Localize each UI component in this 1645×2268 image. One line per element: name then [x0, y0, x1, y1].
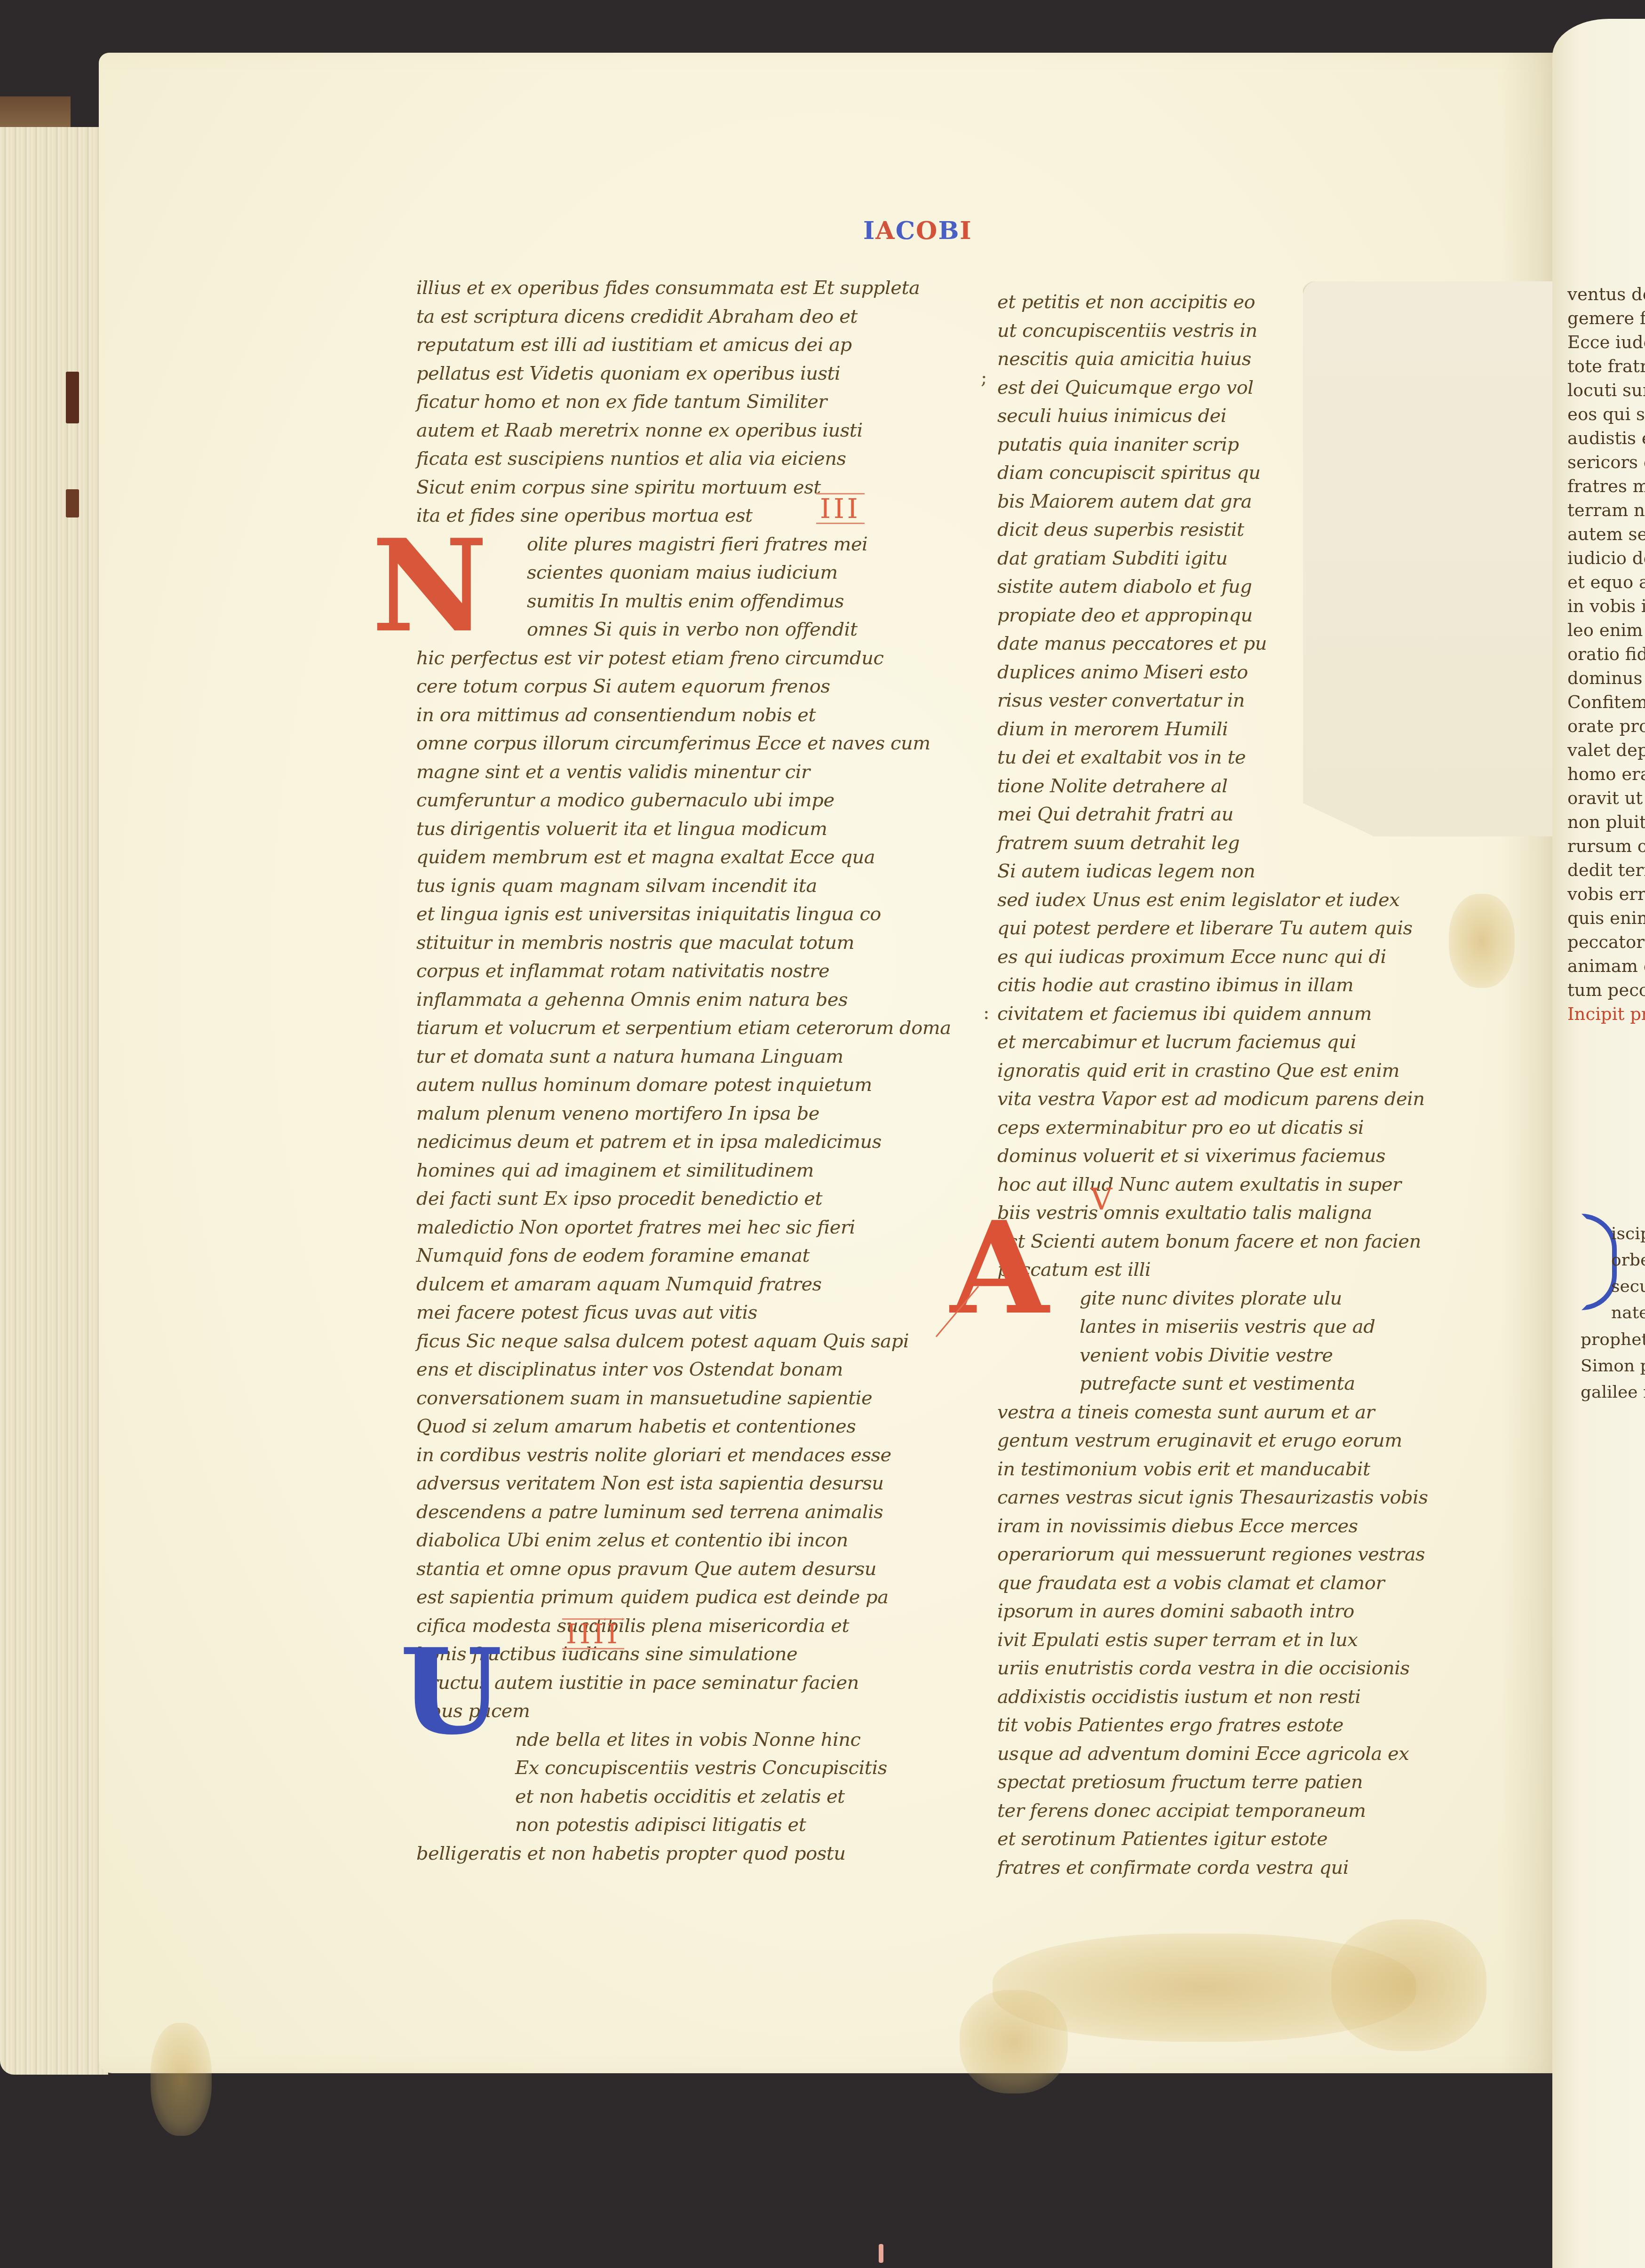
manuscript-photograph: IACOBI illius et ex operibus fides consu… [0, 0, 1645, 2268]
text-line: gentum vestrum eruginavit et erugo eorum [997, 1426, 1458, 1455]
text-line: diabolica Ubi enim zelus et contentio ib… [416, 1526, 929, 1555]
text-line: locuti sunt in nom [1567, 378, 1645, 402]
text-line: et serotinum Patientes igitur estote [997, 1825, 1458, 1854]
decorated-initial-n: N [372, 522, 488, 649]
chapter-number: IIII [562, 1618, 624, 1649]
text-line: fratres et confirmate corda vestra qui [997, 1854, 1458, 1882]
text-line: spectat pretiosum fructum terre patien [997, 1768, 1458, 1797]
text-line: in vobis induat pre [1567, 594, 1645, 618]
text-line: dominus et si in [1567, 666, 1645, 690]
text-line: non potestis adipisci litigatis et [416, 1811, 929, 1839]
text-line: illius et ex operibus fides consummata e… [416, 274, 929, 302]
text-line: Numquid fons de eodem foramine emanat [416, 1241, 929, 1270]
text-line: sericors est et miser [1567, 450, 1645, 474]
text-line: vestra a tineis comesta sunt aurum et ar [997, 1398, 1458, 1427]
margin-mark: ; [981, 367, 987, 389]
text-line: putrefacte sunt et vestimenta [997, 1369, 1458, 1398]
text-line: autem sermo vester e [1567, 522, 1645, 546]
header-letter: O [916, 216, 938, 245]
text-line: homo erat similis v [1567, 762, 1645, 786]
text-line: ceps exterminabitur pro eo ut dicatis si [997, 1114, 1458, 1142]
text-line: galilee ma [1581, 1379, 1645, 1406]
text-line: tus dirigentis voluerit ita et lingua mo… [416, 815, 929, 844]
text-line: dei facti sunt Ex ipso procedit benedict… [416, 1185, 929, 1213]
text-line: Quod si zelum amarum habetis et contenti… [416, 1412, 929, 1441]
text-line: vita vestra Vapor est ad modicum parens … [997, 1085, 1458, 1114]
text-line: scientes quoniam maius iudicium [416, 558, 929, 587]
adjacent-leaf-text: iscipulus orbe dif seculo d nate per [1611, 1221, 1645, 1326]
text-line: hic perfectus est vir potest etiam freno… [416, 644, 929, 673]
text-line: maledictio Non oportet fratres mei hec s… [416, 1213, 929, 1242]
text-line: usque ad adventum domini Ecce agricola e… [997, 1740, 1458, 1768]
text-line: seculo d [1611, 1273, 1645, 1300]
text-line: tur et domata sunt a natura humana Lingu… [416, 1042, 929, 1071]
text-line: conversationem suam in mansuetudine sapi… [416, 1384, 929, 1413]
text-line: civitatem et faciemus ibi quidem annum [997, 1000, 1458, 1028]
text-line: gite nunc divites plorate ulu [997, 1284, 1458, 1313]
text-line: et mercabimur et lucrum faciemus qui [997, 1028, 1458, 1057]
text-line: oravit ut non p [1567, 786, 1645, 810]
text-line: inflammata a gehenna Omnis enim natura b… [416, 986, 929, 1014]
text-line: quis enim scire [1567, 906, 1645, 930]
text-line: rursum oravit et [1567, 834, 1645, 858]
chapter-number: III [816, 493, 865, 524]
text-line: hoc aut illud Nunc autem exultatis in su… [997, 1170, 1458, 1199]
text-line: omne corpus illorum circumferimus Ecce e… [416, 729, 929, 758]
header-letter: A [875, 216, 895, 245]
header-letter: B [938, 216, 960, 245]
text-line: in testimonium vobis erit et manducabit [997, 1455, 1458, 1484]
text-line: Simon petr [1581, 1353, 1645, 1379]
text-line: pellatus est Videtis quoniam ex operibus… [416, 359, 929, 388]
text-line: dominus voluerit et si vixerimus faciemu… [997, 1142, 1458, 1170]
text-line: animam eius a mo [1567, 954, 1645, 978]
text-line: tum peccatorum [1567, 978, 1645, 1002]
text-line: ta est scriptura dicens credidit Abraham… [416, 302, 929, 331]
header-letter: C [896, 216, 916, 245]
text-line: corpus et inflammat rotam nativitatis no… [416, 957, 929, 986]
text-line: ens et disciplinatus inter vos Ostendat … [416, 1355, 929, 1384]
pasted-paper-slip [1303, 281, 1557, 836]
text-line: quidem membrum est et magna exaltat Ecce… [416, 843, 929, 872]
text-line: nate per [1611, 1300, 1645, 1326]
text-line: ivit Epulati estis super terram et in lu… [997, 1626, 1458, 1655]
text-line: in ora mittimus ad consentiendum nobis e… [416, 701, 929, 730]
text-line: mei facere potest ficus uvas aut vitis [416, 1298, 929, 1327]
text-line: addixistis occidistis iustum et non rest… [997, 1683, 1458, 1711]
text-line: est sapientia primum quidem pudica est d… [416, 1583, 929, 1612]
text-line: leo enim unguentes [1567, 618, 1645, 642]
text-line: iscipulus [1611, 1221, 1645, 1247]
header-letter: I [960, 216, 972, 245]
text-line: eos qui sustinu [1567, 402, 1645, 426]
rubric-prologus: Incipit prologus [1567, 1002, 1645, 1026]
red-ink-mark [879, 2244, 883, 2263]
text-line: cere totum corpus Si autem equorum freno… [416, 672, 929, 701]
text-line: biis vestris omnis exultatio talis malig… [997, 1199, 1458, 1227]
text-line: Confitemini ergo [1567, 690, 1645, 714]
text-line: homines qui ad imaginem et similitudinem [416, 1156, 929, 1185]
text-line: iram in novissimis diebus Ecce merces [997, 1512, 1458, 1541]
text-line: vobis erraverit [1567, 882, 1645, 906]
page-tab-marker [66, 489, 79, 517]
text-line: nedicimus deum et patrem et in ipsa male… [416, 1128, 929, 1156]
text-line: valet deprecatio [1567, 738, 1645, 762]
text-line: magne sint et a ventis validis minentur … [416, 758, 929, 787]
text-line: carnes vestras sicut ignis Thesaurizasti… [997, 1483, 1458, 1512]
text-line: adversus veritatem Non est ista sapienti… [416, 1469, 929, 1498]
text-line: es qui iudicas proximum Ecce nunc qui di [997, 943, 1458, 971]
text-line: omnes Si quis in verbo non offendit [416, 615, 929, 644]
text-line: autem nullus hominum domare potest inqui… [416, 1071, 929, 1099]
text-line: autem et Raab meretrix nonne ex operibus… [416, 416, 929, 445]
running-header: IACOBI [863, 216, 972, 245]
text-line: cumferuntur a modico gubernaculo ubi imp… [416, 786, 929, 815]
water-stain [1331, 1919, 1486, 2051]
text-line: Si autem iudicas legem non [997, 857, 1458, 886]
text-line: tus ignis quam magnam silvam incendit it… [416, 872, 929, 900]
page-block-edges [0, 127, 108, 2075]
text-line: malum plenum veneno mortifero In ipsa be [416, 1099, 929, 1128]
text-line: terram nec aliud quod [1567, 498, 1645, 522]
adjacent-leaf-text: prophetari to Simon petr galilee ma [1581, 1327, 1645, 1406]
binding-corner [0, 96, 71, 132]
text-line: tiarum et volucrum et serpentium etiam c… [416, 1014, 929, 1042]
text-line: Ecce iudex ante [1567, 330, 1645, 354]
text-line: et lingua ignis est universitas iniquita… [416, 900, 929, 929]
text-line: operariorum qui messuerunt regiones vest… [997, 1540, 1458, 1569]
adjacent-leaf-text: ventus domini appro gemere fratres in al… [1567, 282, 1645, 1026]
text-line: ventus domini appro [1567, 282, 1645, 306]
text-line: orate pro invicem [1567, 714, 1645, 738]
text-line: descendens a patre luminum sed terrena a… [416, 1498, 929, 1527]
header-letter: I [863, 216, 875, 245]
decorated-initial-u: U [400, 1632, 502, 1750]
text-line: orbe dif [1611, 1247, 1645, 1273]
adjacent-leaf: ventus domini appro gemere fratres in al… [1552, 19, 1645, 2268]
water-stain [960, 1990, 1068, 2093]
text-line: dulcem et amaram aquam Numquid fratres [416, 1270, 929, 1299]
text-line: ter ferens donec accipiat temporaneum [997, 1797, 1458, 1825]
text-line: ficata est suscipiens nuntios et alia vi… [416, 445, 929, 473]
text-line: sed iudex Unus est enim legislator et iu… [997, 886, 1458, 915]
text-line: dedit terra fructu [1567, 858, 1645, 882]
water-stain [151, 2023, 212, 2136]
text-line: est Scienti autem bonum facere et non fa… [997, 1227, 1458, 1256]
text-line: tit vobis Patientes ergo fratres estote [997, 1711, 1458, 1740]
text-line: et non habetis occiditis et zelatis et [416, 1783, 929, 1811]
text-line: ipsorum in aures domini sabaoth intro [997, 1597, 1458, 1626]
text-line: prophetari to [1581, 1327, 1645, 1353]
water-stain [1449, 894, 1515, 988]
text-line: venient vobis Divitie vestre [997, 1341, 1458, 1370]
text-line: ficatur homo et non ex fide tantum Simil… [416, 388, 929, 416]
text-line: citis hodie aut crastino ibimus in illam [997, 971, 1458, 1000]
text-line: stituitur in membris nostris que maculat… [416, 929, 929, 957]
text-line: que fraudata est a vobis clamat et clamo… [997, 1569, 1458, 1598]
text-line: in cordibus vestris nolite gloriari et m… [416, 1441, 929, 1470]
text-line: oratio fidei salvabi [1567, 642, 1645, 666]
text-line: uriis enutristis corda vestra in die occ… [997, 1654, 1458, 1683]
text-line: stantia et omne opus pravum Que autem de… [416, 1555, 929, 1584]
page-tab-marker [66, 372, 79, 423]
chapter-number: V [1087, 1186, 1119, 1214]
text-line: belligeratis et non habetis propter quod… [416, 1839, 929, 1868]
text-line: iudicio decidatis [1567, 546, 1645, 570]
text-line: sumitis In multis enim offendimus [416, 587, 929, 616]
text-line: non pluit annos [1567, 810, 1645, 834]
text-line: peccatorem a [1567, 930, 1645, 954]
margin-mark: : [983, 1002, 989, 1024]
text-line: audistis et finem [1567, 426, 1645, 450]
text-line: lantes in miseriis vestris que ad [997, 1313, 1458, 1341]
text-line: qui potest perdere et liberare Tu autem … [997, 914, 1458, 943]
text-line: gemere fratres in al [1567, 306, 1645, 330]
text-line: reputatum est illi ad iustitiam et amicu… [416, 331, 929, 359]
text-line: ignoratis quid erit in crastino Que est … [997, 1057, 1458, 1085]
text-line: olite plures magistri fieri fratres mei [416, 530, 929, 559]
text-line: et equo animo et [1567, 570, 1645, 594]
text-line: tote fratres labori [1567, 354, 1645, 378]
decorated-initial-a: A [950, 1204, 1049, 1331]
text-line: peccatum est illi [997, 1256, 1458, 1284]
text-line: fratres mei Nolite iur [1567, 474, 1645, 498]
text-line: ficus Sic neque salsa dulcem potest aqua… [416, 1327, 929, 1356]
